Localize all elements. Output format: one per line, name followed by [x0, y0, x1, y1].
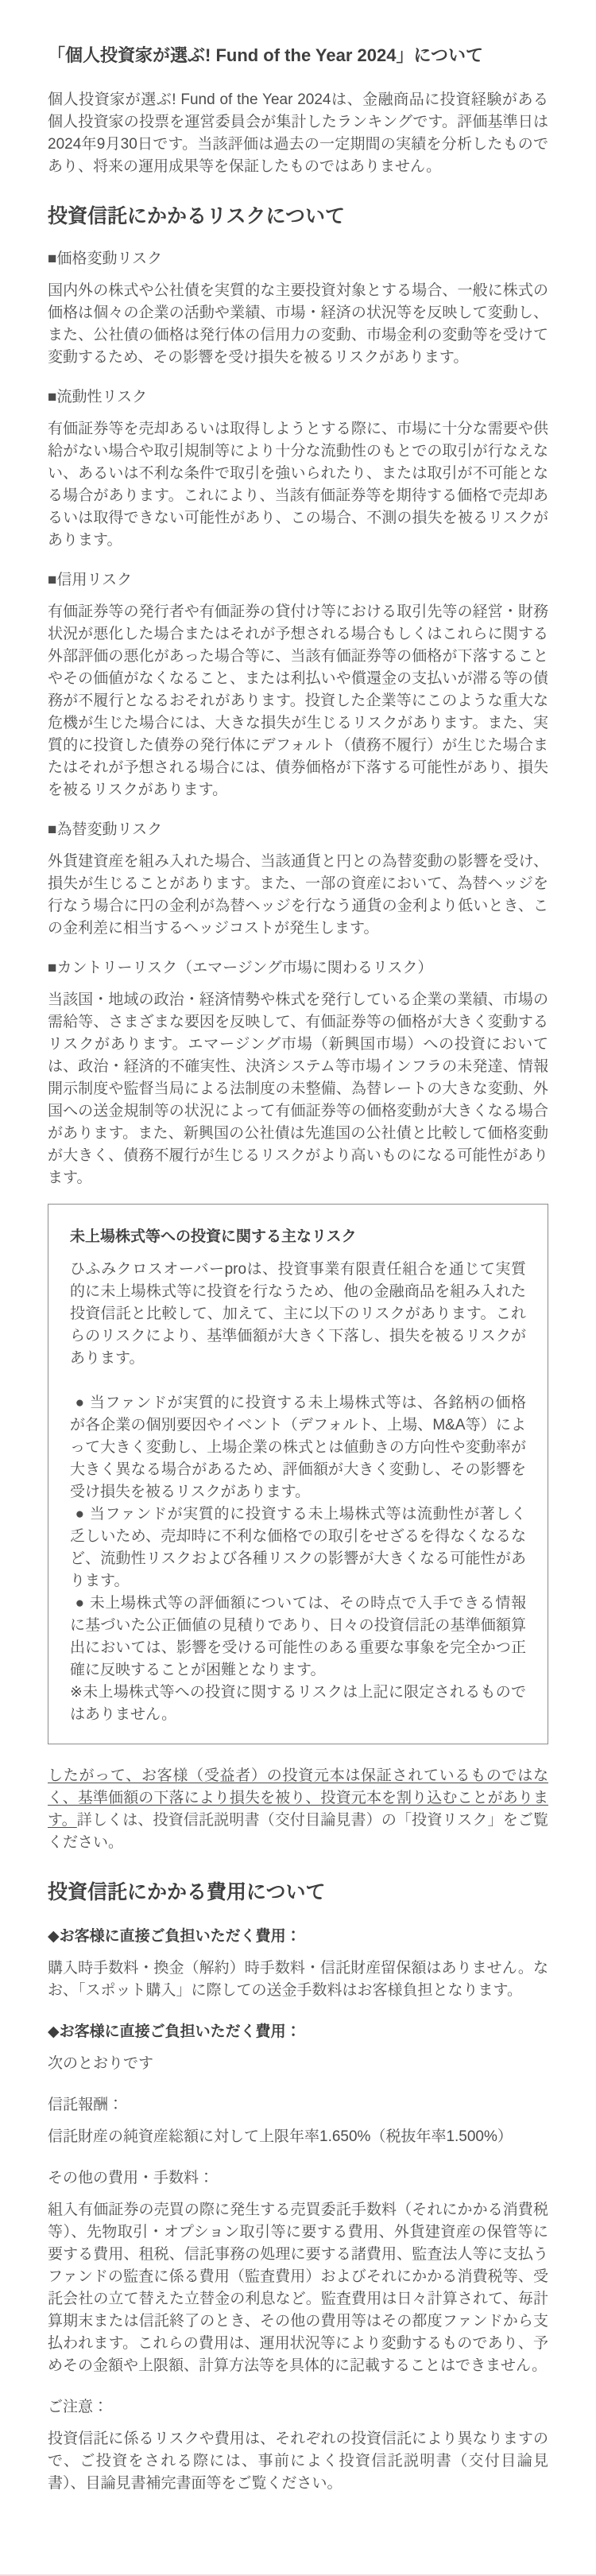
risk-body-liquidity: 有価証券等を売却あるいは取得しようとする際に、市場に十分な需要や供給がない場合や…	[48, 418, 548, 552]
risk-body-price: 国内外の株式や公社債を実質的な主要投資対象とする場合、一般に株式の価格は個々の企…	[48, 280, 548, 369]
risk-label-country: ■カントリーリスク（エマージング市場に関わるリスク）	[48, 957, 548, 980]
risk-box-bullet-2: ● 当ファンドが実質的に投資する未上場株式等は流動性が著しく乏しいため、売却時に…	[70, 1503, 526, 1593]
fee-label-trust-fee: 信託報酬：	[48, 2094, 548, 2116]
risk-box-bullet-1: ● 当ファンドが実質的に投資する未上場株式等は、各銘柄の価格が各企業の個別要因や…	[70, 1392, 526, 1503]
fee-body-direct-2: 次のとおりです	[48, 2053, 548, 2075]
risk-label-price: ■価格変動リスク	[48, 248, 548, 270]
page-title: 「個人投資家が選ぶ! Fund of the Year 2024」について	[48, 43, 548, 68]
fee-body-trust-fee: 信託財産の純資産総額に対して上限年率1.650%（税抜年率1.500%）	[48, 2126, 548, 2148]
risk-box-heading: 未上場株式等への投資に関する主なリスク	[70, 1225, 526, 1249]
fee-section-heading: 投資信託にかかる費用について	[48, 1878, 548, 1907]
risk-body-credit: 有価証券等の発行者や有価証券の貸付け等における取引先等の経営・財務状況が悪化した…	[48, 601, 548, 801]
fee-label-caution: ご注意：	[48, 2396, 548, 2419]
risk-box-intro: ひふみクロスオーバーproは、投資事業有限責任組合を通じて実質的に未上場株式等に…	[70, 1259, 526, 1370]
risk-body-country: 当該国・地域の政治・経済情勢や株式を発行している企業の業績、市場の需給等、さまざ…	[48, 989, 548, 1189]
fee-body-direct-1: 購入時手数料・換金（解約）時手数料・信託財産留保額はありません。なお、「スポット…	[48, 1957, 548, 2002]
risk-label-credit: ■信用リスク	[48, 569, 548, 592]
risk-label-liquidity: ■流動性リスク	[48, 386, 548, 409]
risk-box-bullet-3: ● 未上場株式等の評価額については、その時点で入手できる情報に基づいた公正価値の…	[70, 1593, 526, 1682]
fund-disclosure-page: 「個人投資家が選ぶ! Fund of the Year 2024」について 個人…	[0, 0, 596, 2576]
principal-disclaimer-rest: 詳しくは、投資信託説明書（交付目論見書）の「投資リスク」をご覧ください。	[48, 1812, 548, 1851]
unlisted-stock-risk-box: 未上場株式等への投資に関する主なリスク ひふみクロスオーバーproは、投資事業有…	[48, 1204, 548, 1744]
risk-label-currency: ■為替変動リスク	[48, 819, 548, 841]
risk-box-note: ※未上場株式等への投資に関するリスクは上記に限定されるものではありません。	[70, 1682, 526, 1726]
fee-label-direct-2: ◆お客様に直接ご負担いただく費用：	[48, 2021, 548, 2043]
principal-disclaimer-paragraph: したがって、お客様（受益者）の投資元本は保証されているものではなく、基準価額の下…	[48, 1765, 548, 1854]
fee-label-direct-1: ◆お客様に直接ご負担いただく費用：	[48, 1926, 548, 1948]
fee-body-caution: 投資信託に係るリスクや費用は、それぞれの投資信託により異なりますので、ご投資をさ…	[48, 2428, 548, 2495]
fee-body-other-fees: 組入有価証券の売買の際に発生する売買委託手数料（それにかかる消費税等）、先物取引…	[48, 2199, 548, 2377]
intro-paragraph: 個人投資家が選ぶ! Fund of the Year 2024は、金融商品に投資…	[48, 89, 548, 178]
risk-body-currency: 外貨建資産を組み入れた場合、当該通貨と円との為替変動の影響を受け、損失が生じるこ…	[48, 851, 548, 940]
fee-label-other-fees: その他の費用・手数料：	[48, 2167, 548, 2190]
risk-section-heading: 投資信託にかかるリスクについて	[48, 202, 548, 231]
